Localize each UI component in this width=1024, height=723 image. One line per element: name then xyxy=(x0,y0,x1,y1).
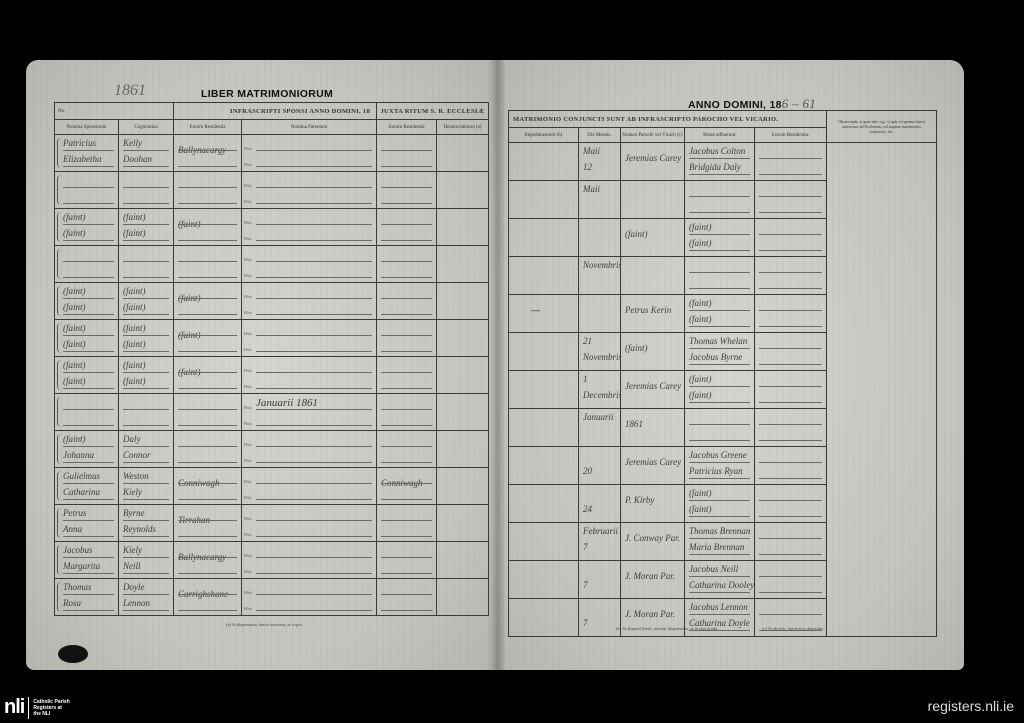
col-header: Nomina Parentum xyxy=(242,120,377,135)
priest-name: J. Moran Par. xyxy=(625,609,675,619)
register-entry-row: (faint)(faint)(faint)(faint)(faint)Filio… xyxy=(55,209,489,246)
logo-divider xyxy=(28,697,29,719)
groom-surname: Kiely xyxy=(123,545,142,555)
marriage-entries-table-right: MATRIMONIO CONJUNCTI SUNT AB INFRASCRIPT… xyxy=(508,110,937,637)
priest-name: J. Moran Par. xyxy=(625,571,675,581)
bride-name: (faint) xyxy=(63,228,86,238)
header-band: MATRIMONIO CONJUNCTI SUNT AB INFRASCRIPT… xyxy=(509,111,827,128)
col-header: Eorum Residentia. xyxy=(755,128,827,143)
register-entry-row: FilioFilio xyxy=(55,246,489,283)
brace-mark xyxy=(57,508,61,538)
witness-1: (faint) xyxy=(689,488,712,498)
bride-surname: Doohan xyxy=(123,154,152,164)
groom-name: Jacobus xyxy=(63,545,93,555)
priest-name: (faint) xyxy=(625,343,648,353)
date-day: 12 xyxy=(583,162,592,172)
site-url[interactable]: registers.nli.ie xyxy=(928,698,1014,714)
register-entry-row: PatriciusElizabethaKellyDoohanBallynacar… xyxy=(55,135,489,172)
brace-mark xyxy=(57,582,61,612)
register-entry-row: JacobusMargaritaKielyNeillBallynacargyFi… xyxy=(55,542,489,579)
bride-surname: Connor xyxy=(123,450,151,460)
witness-1: (faint) xyxy=(689,222,712,232)
witness-1: Jacobus Neill xyxy=(689,564,738,574)
register-entry-row: Maii12Jeremias CareyJacobus ColtonBridgi… xyxy=(509,143,937,181)
witness-2: Patricius Ryan xyxy=(689,466,743,476)
priest-name: Petrus Kerin xyxy=(625,305,671,315)
year-hand: 6 – 61 xyxy=(782,96,816,111)
brace-mark xyxy=(57,323,61,353)
witness-2: (faint) xyxy=(689,238,712,248)
marriage-entries-table-left: No. INFRASCRIPTI SPONSI ANNO DOMINI, 18 … xyxy=(54,102,489,616)
filio-label: Filio xyxy=(244,384,252,389)
witness-2: Maria Brennan xyxy=(689,542,744,552)
parents-groom: Januarii 1861 xyxy=(256,397,318,409)
brace-mark xyxy=(57,471,61,501)
filio-label: Filio xyxy=(244,368,252,373)
filio-label: Filio xyxy=(244,405,252,410)
witness-1: Jacobus Greene xyxy=(689,450,747,460)
right-page: ANNO DOMINI, 186 – 61 MATRIMONIO CONJUNC… xyxy=(496,60,964,670)
col-header: Nomen Parochi vel Vicarii (c) xyxy=(621,128,685,143)
brace-mark xyxy=(57,545,61,575)
register-entry-row: FilioFilioJanuarii 1861 xyxy=(55,394,489,431)
filio-label: Filio xyxy=(244,532,252,537)
register-entry-row: ThomasRosaDoyleLennonCarrighshaneFilioFi… xyxy=(55,579,489,616)
brace-mark xyxy=(57,175,61,205)
date-day: 24 xyxy=(583,504,592,514)
filio-label: Filio xyxy=(244,257,252,262)
filio-label: Filio xyxy=(244,516,252,521)
register-entry-row: FilioFilio xyxy=(55,172,489,209)
col-header: Nomina Sponsorum xyxy=(55,120,119,135)
witness-2: Bridgida Daly xyxy=(689,162,741,172)
groom-name: Patricius xyxy=(63,138,96,148)
page-title: LIBER MATRIMONIORUM xyxy=(201,88,333,100)
filio-label: Filio xyxy=(244,553,252,558)
register-entry-row: (faint)(faint)(faint)(faint)(faint)Filio… xyxy=(55,357,489,394)
groom-surname: Weston xyxy=(123,471,149,481)
groom-name: Gulielmus xyxy=(63,471,100,481)
date-month: Januarii xyxy=(583,412,614,422)
brace-mark xyxy=(57,434,61,464)
observanda-header: Observanda, si quae sint: e.g., si quis … xyxy=(827,111,937,143)
bride-name: (faint) xyxy=(63,302,86,312)
filio-label: Filio xyxy=(244,310,252,315)
groom-surname: Kelly xyxy=(123,138,142,148)
bride-surname: (faint) xyxy=(123,339,146,349)
bride-surname: Lennon xyxy=(123,598,150,608)
col-header: Eorum Residentia xyxy=(377,120,437,135)
groom-name: (faint) xyxy=(63,434,86,444)
nli-brand: nli Catholic Parish Registers at the NLI xyxy=(4,696,70,719)
date-day: 7 xyxy=(583,542,588,552)
header-band-right: JUXTA RITUM S. R. ECCLESIÆ xyxy=(377,103,489,120)
observanda-column xyxy=(827,143,937,637)
groom-surname: (faint) xyxy=(123,360,146,370)
witness-2: Catharina Dooley xyxy=(689,580,754,590)
register-book: 1861 LIBER MATRIMONIORUM No. INFRASCRIPT… xyxy=(26,60,964,670)
date-day: 7 xyxy=(583,618,588,628)
groom-name: (faint) xyxy=(63,212,86,222)
footnote-b: (b) Si aliquod fuerit, notetur dispensat… xyxy=(616,626,718,631)
page-number-hand: 1861 xyxy=(114,82,146,100)
logo-text: Catholic Parish Registers at the NLI xyxy=(33,699,69,717)
date-day: 7 xyxy=(583,580,588,590)
priest-name: Jeremias Carey xyxy=(625,381,681,391)
priest-name: Jeremias Carey xyxy=(625,457,681,467)
filio-label: Filio xyxy=(244,146,252,151)
witness-2: Jacobus Byrne xyxy=(689,352,742,362)
witness-2: (faint) xyxy=(689,504,712,514)
impediment: — xyxy=(531,305,540,315)
groom-surname: (faint) xyxy=(123,323,146,333)
priest-name: 1861 xyxy=(625,419,643,429)
witness-1: Thomas Brennan xyxy=(689,526,750,536)
date-month: Maii xyxy=(583,146,600,156)
priest-name: (faint) xyxy=(625,229,648,239)
bride-surname: Kiely xyxy=(123,487,142,497)
bride-name: (faint) xyxy=(63,376,86,386)
col-header: Eorum Residentia xyxy=(174,120,242,135)
brace-mark xyxy=(57,212,61,242)
col-header: Testes adfuerunt. xyxy=(685,128,755,143)
groom-surname: Daly xyxy=(123,434,141,444)
brace-mark xyxy=(57,138,61,168)
filio-label: Filio xyxy=(244,331,252,336)
date-month: Novembris xyxy=(583,260,621,270)
priest-name: Jeremias Carey xyxy=(625,153,681,163)
filio-label: Filio xyxy=(244,442,252,447)
no-label: No. xyxy=(55,103,174,120)
filio-label: Filio xyxy=(244,479,252,484)
register-entry-row: GulielmusCatharinaWestonKielyConniwaghFi… xyxy=(55,468,489,505)
groom-surname: Byrne xyxy=(123,508,145,518)
groom-name: (faint) xyxy=(63,286,86,296)
witness-1: Jacobus Lennon xyxy=(689,602,748,612)
brace-mark xyxy=(57,397,61,427)
filio-label: Filio xyxy=(244,294,252,299)
date-month: Maii xyxy=(583,184,600,194)
witness-1: Jacobus Colton xyxy=(689,146,745,156)
bride-name: Elizabetha xyxy=(63,154,102,164)
filio-label: Filio xyxy=(244,569,252,574)
groom-surname: Doyle xyxy=(123,582,145,592)
brace-mark xyxy=(57,360,61,390)
date-day: Novembris xyxy=(583,352,621,362)
bride-surname: Neill xyxy=(123,561,141,571)
date-month: Februarii xyxy=(583,526,618,536)
register-entry-row: PetrusAnnaByrneReynoldsTirrahanFilioFili… xyxy=(55,505,489,542)
book-gutter xyxy=(488,60,506,670)
filio-label: Filio xyxy=(244,458,252,463)
filio-label: Filio xyxy=(244,606,252,611)
witness-1: (faint) xyxy=(689,374,712,384)
filio-label: Filio xyxy=(244,220,252,225)
register-entry-row: (faint)JohannaDalyConnorFilioFilio xyxy=(55,431,489,468)
bride-surname: (faint) xyxy=(123,302,146,312)
brace-mark xyxy=(57,286,61,316)
priest-name: P. Kirby xyxy=(625,495,654,505)
bride-name: Anna xyxy=(63,524,82,534)
witness-1: Thomas Whelan xyxy=(689,336,747,346)
bride-surname: (faint) xyxy=(123,376,146,386)
footnote-c: (c) Si ab alio, fuerit ejus deputatio. xyxy=(762,626,824,631)
date-day: Decembris xyxy=(583,390,621,400)
witness-1: (faint) xyxy=(689,298,712,308)
left-page: 1861 LIBER MATRIMONIORUM No. INFRASCRIPT… xyxy=(26,60,496,670)
filio-label: Filio xyxy=(244,236,252,241)
groom-surname: (faint) xyxy=(123,286,146,296)
witness-2: (faint) xyxy=(689,390,712,400)
col-header: Denunciationes (a) xyxy=(437,120,489,135)
date-day: 20 xyxy=(583,466,592,476)
filio-label: Filio xyxy=(244,199,252,204)
register-entry-row: (faint)(faint)(faint)(faint)(faint)Filio… xyxy=(55,283,489,320)
brace-mark xyxy=(57,249,61,279)
bride-surname: Reynolds xyxy=(123,524,156,534)
col-header: Impedimentum (b) xyxy=(509,128,579,143)
filio-label: Filio xyxy=(244,273,252,278)
filio-label: Filio xyxy=(244,162,252,167)
groom-name: Thomas xyxy=(63,582,92,592)
priest-name: J. Conway Par. xyxy=(625,533,680,543)
footnote-a: (a) Si dispensatio fuerit concessa, et a… xyxy=(226,622,303,627)
nli-logo: nli xyxy=(4,696,24,719)
witness-2: (faint) xyxy=(689,314,712,324)
filio-label: Filio xyxy=(244,421,252,426)
filio-label: Filio xyxy=(244,495,252,500)
filio-label: Filio xyxy=(244,590,252,595)
filio-label: Filio xyxy=(244,347,252,352)
groom-surname: (faint) xyxy=(123,212,146,222)
paper-stain xyxy=(58,645,88,663)
col-header: Cognomina xyxy=(119,120,174,135)
date-month: 1 xyxy=(583,374,588,384)
col-header: Die Mensis. xyxy=(579,128,621,143)
groom-name: (faint) xyxy=(63,360,86,370)
bride-name: (faint) xyxy=(63,339,86,349)
bride-surname: (faint) xyxy=(123,228,146,238)
bride-name: Rosa xyxy=(63,598,81,608)
date-month: 21 xyxy=(583,336,592,346)
bride-name: Catharina xyxy=(63,487,100,497)
bride-name: Johanna xyxy=(63,450,94,460)
filio-label: Filio xyxy=(244,183,252,188)
bride-name: Margarita xyxy=(63,561,100,571)
header-band-center: INFRASCRIPTI SPONSI ANNO DOMINI, 18 xyxy=(174,103,377,120)
groom-name: Petrus xyxy=(63,508,87,518)
register-entry-row: (faint)(faint)(faint)(faint)(faint)Filio… xyxy=(55,320,489,357)
groom-name: (faint) xyxy=(63,323,86,333)
